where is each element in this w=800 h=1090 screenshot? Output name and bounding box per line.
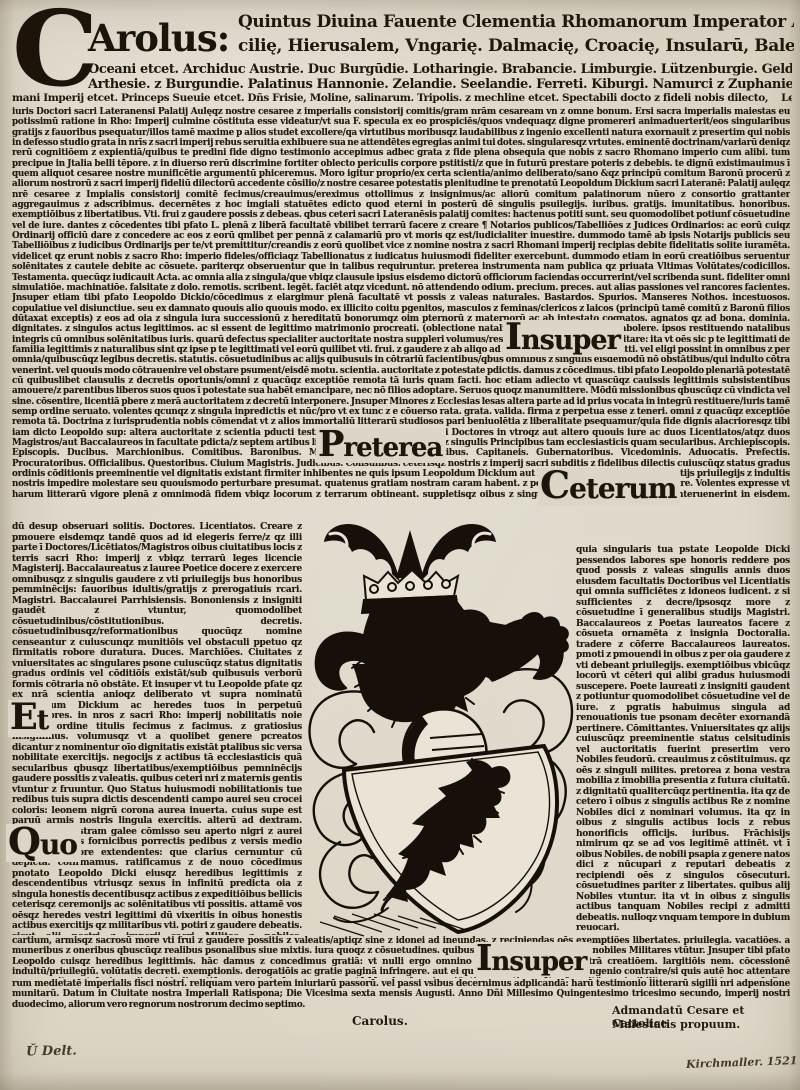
header-line-1: Quintus Diuina Fauente Clementia Rhomano… — [238, 12, 794, 32]
countersign-line-2: Maiestatis propuum. — [612, 1018, 740, 1031]
header-line-4: Arthesie. z Burgundie. Palatinus Hannoni… — [88, 77, 792, 92]
margin-word-quo: Quo — [6, 824, 81, 862]
header-line-3: Oceani etcet. Archiduc Austrie. Duc Burg… — [88, 62, 792, 77]
header-line-5: mani Imperij etcet. Princeps Sueuie etce… — [12, 92, 792, 104]
coat-of-arms-woodcut — [300, 512, 580, 940]
charter-page: C Arolus: Quintus Diuina Fauente Clement… — [0, 0, 800, 1090]
margin-word-preterea: Preterea — [316, 428, 446, 463]
handwritten-note-right: Kirchmaller. 1521 — [686, 1054, 798, 1071]
margin-word-insuper-2: Insuper — [474, 942, 590, 977]
handwritten-note-left: Ǔ Delt. — [26, 1044, 77, 1060]
title-word-arolus: Arolus: — [88, 16, 229, 60]
margin-word-insuper-1: Insuper — [503, 320, 624, 357]
margin-word-et: Et — [8, 700, 52, 737]
body-text-left-column: dū desup obseruari solitis. Doctores. Li… — [12, 522, 302, 935]
header-line-2: cilię, Hierusalem, Vngarię. Dalmacię, Cr… — [238, 36, 794, 56]
margin-word-ceterum: Ceterum — [538, 468, 680, 506]
body-text-bottom: cartium, armisqz sacrosū more vti frui z… — [12, 936, 790, 978]
drop-cap-initial: C — [12, 6, 99, 91]
body-text-right-column: quia singularis tua pstate Leopolde Dick… — [576, 545, 790, 935]
imperial-signature: Carolus. — [352, 1014, 408, 1028]
